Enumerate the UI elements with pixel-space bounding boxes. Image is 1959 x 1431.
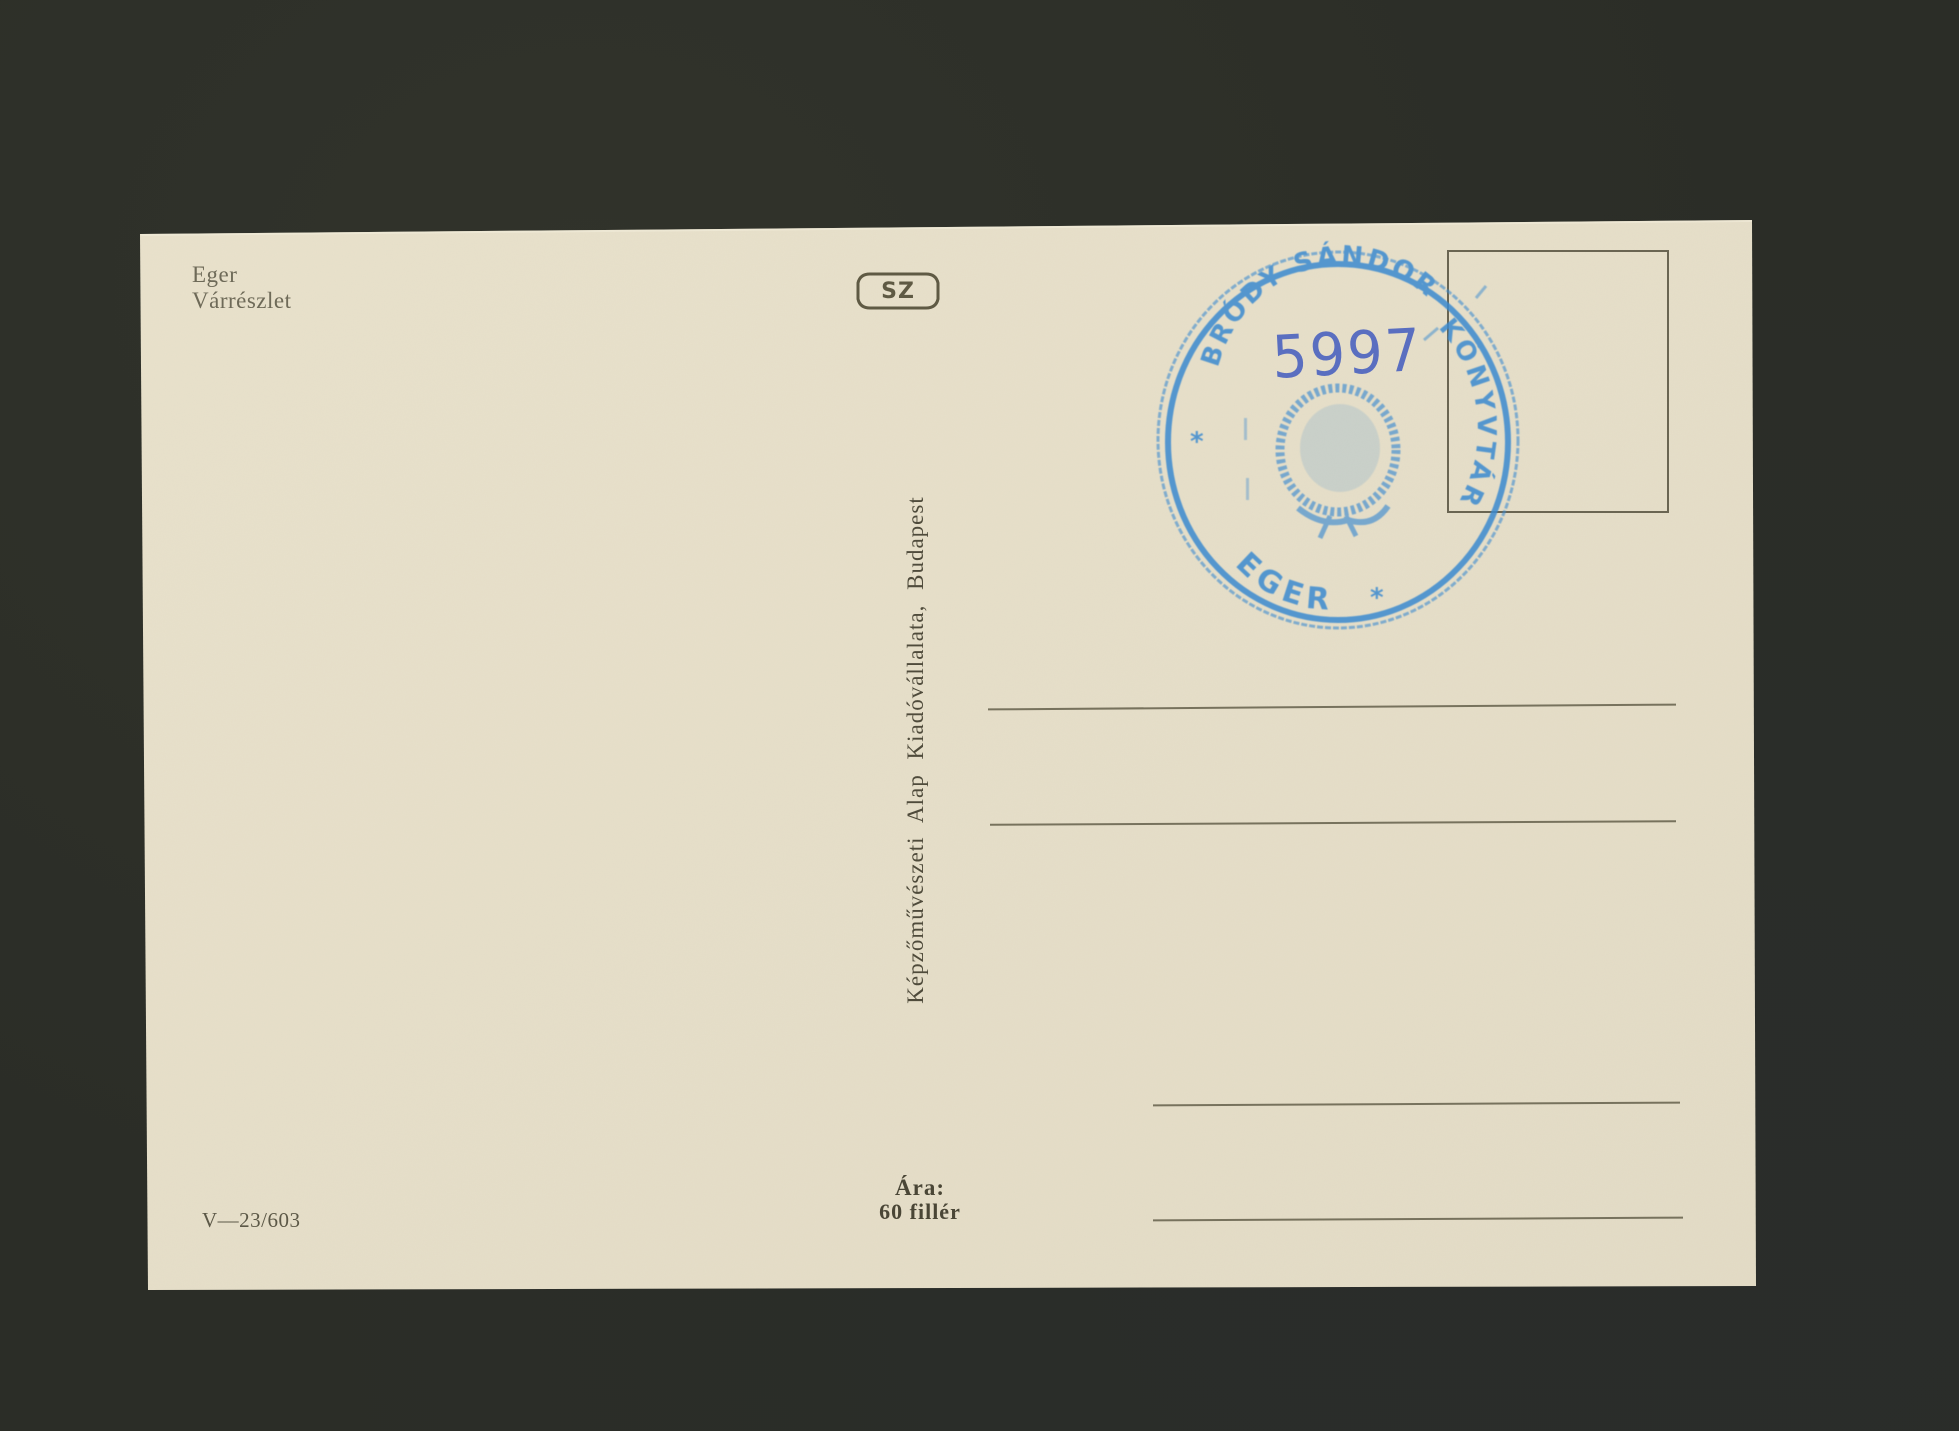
serial-number: V—23/603 [202, 1208, 301, 1233]
svg-text:*: * [1190, 427, 1204, 457]
inventory-number: 5997 [1270, 316, 1424, 392]
address-line [1153, 1217, 1683, 1222]
postcard-caption: Eger Várrészlet [192, 262, 292, 314]
library-stamp-seal-icon: BRÓDY SÁNDOR KÖNYVTÁR EGER * * [1148, 228, 1528, 648]
library-ownership-stamp: BRÓDY SÁNDOR KÖNYVTÁR EGER * * [1148, 228, 1528, 648]
publisher-logo: SZ [856, 271, 940, 311]
publisher-logo-text: SZ [856, 271, 940, 311]
price-value: 60 fillér [879, 1200, 961, 1224]
svg-text:*: * [1370, 583, 1384, 613]
svg-text:EGER: EGER [1229, 546, 1337, 618]
address-line [988, 704, 1676, 711]
price-block: Ára: 60 fillér [879, 1176, 961, 1224]
address-line [1153, 1102, 1680, 1107]
address-line [990, 820, 1676, 826]
price-label: Ára: [879, 1176, 961, 1200]
publisher-imprint: Képzőművészeti Alap Kiadóvállalata, Buda… [903, 496, 929, 1003]
caption-city: Eger [192, 262, 292, 288]
postcard-back: Eger Várrészlet SZ Képzőművészeti Alap K… [0, 0, 1959, 1431]
caption-subject: Várrészlet [192, 288, 292, 314]
